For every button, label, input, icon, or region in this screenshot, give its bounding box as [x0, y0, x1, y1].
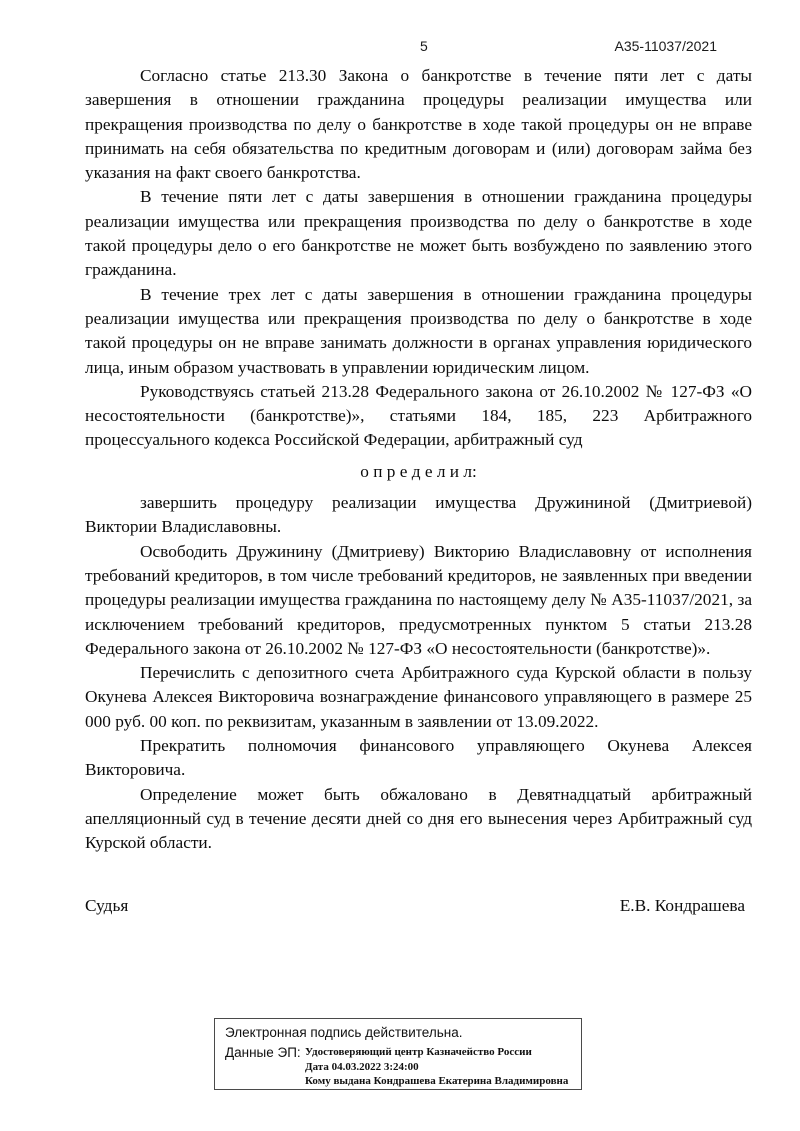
court-ruling-page: 5 А35-11037/2021 Согласно статье 213.30 … [0, 0, 800, 1131]
stamp-data-row: Данные ЭП: Удостоверяющий центр Казначей… [225, 1045, 571, 1089]
signature-row: Судья Е.В. Кондрашева [85, 896, 745, 916]
ruling-paragraph-transfer-remuneration: Перечислить с депозитного счета Арбитраж… [85, 661, 752, 734]
page-number: 5 [420, 38, 428, 54]
stamp-detail-issued-to: Кому выдана Кондрашева Екатерина Владими… [305, 1074, 568, 1089]
paragraph-bankruptcy-5yr-credit: Согласно статье 213.30 Закона о банкротс… [85, 64, 752, 185]
ruling-paragraph-appeal-procedure: Определение может быть обжаловано в Девя… [85, 783, 752, 856]
ruling-paragraph-complete-procedure: завершить процедуру реализации имущества… [85, 491, 752, 540]
ruling-paragraph-release-from-claims: Освободить Дружинину (Дмитриеву) Виктори… [85, 540, 752, 661]
paragraph-bankruptcy-3yr-management: В течение трех лет с даты завершения в о… [85, 283, 752, 380]
stamp-data-label: Данные ЭП: [225, 1045, 297, 1089]
paragraph-legal-basis: Руководствуясь статьей 213.28 Федерально… [85, 380, 752, 453]
ruling-paragraph-terminate-manager: Прекратить полномочия финансового управл… [85, 734, 752, 783]
ruling-keyword: о п р е д е л и л: [85, 460, 752, 484]
stamp-validity-text: Электронная подпись действительна. [225, 1025, 571, 1040]
judge-label: Судья [85, 896, 128, 916]
stamp-details: Удостоверяющий центр Казначейство России… [305, 1045, 568, 1089]
case-number: А35-11037/2021 [615, 38, 718, 54]
judge-name: Е.В. Кондрашева [620, 896, 745, 916]
paragraph-bankruptcy-5yr-refiling: В течение пяти лет с даты завершения в о… [85, 185, 752, 282]
stamp-detail-certification-center: Удостоверяющий центр Казначейство России [305, 1045, 568, 1060]
electronic-signature-stamp: Электронная подпись действительна. Данны… [214, 1018, 582, 1090]
stamp-detail-date: Дата 04.03.2022 3:24:00 [305, 1060, 568, 1075]
document-body: Согласно статье 213.30 Закона о банкротс… [85, 64, 752, 856]
